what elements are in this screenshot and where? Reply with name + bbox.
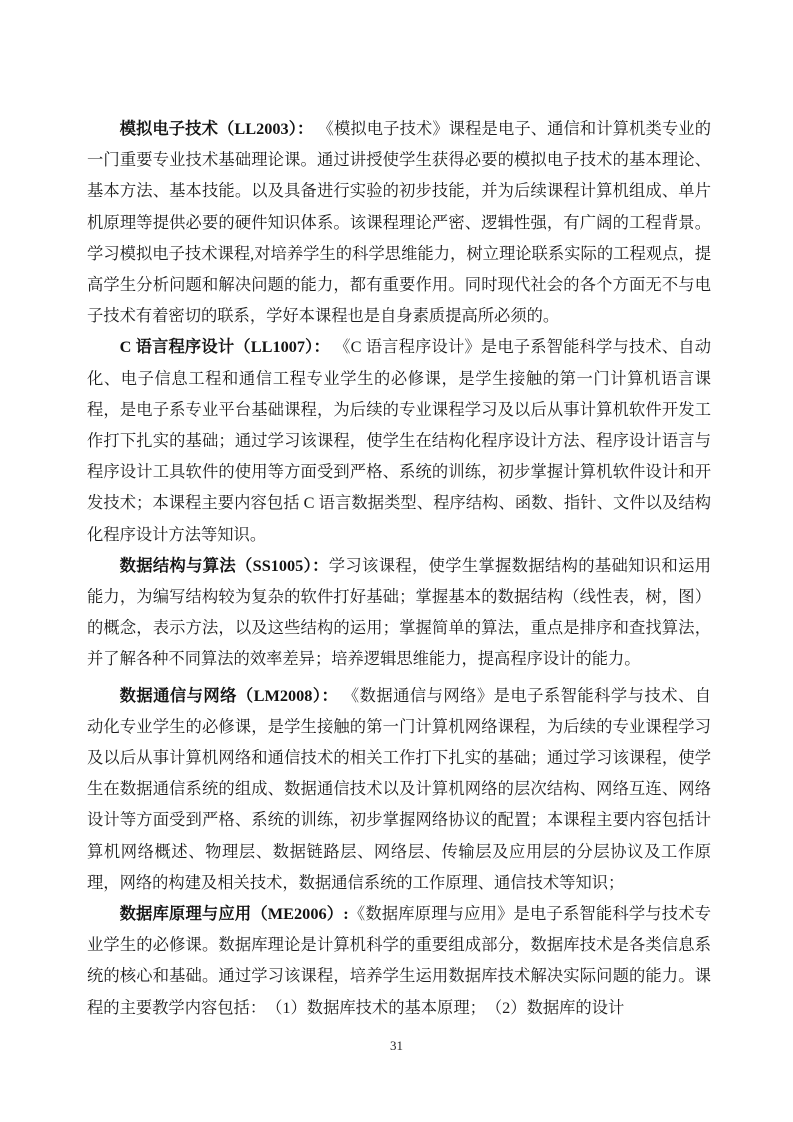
paragraph-database-principles: 数据库原理与应用（ME2006）:《数据库原理与应用》是电子系智能科学与技术专业…: [87, 898, 711, 1023]
course-description-c-programming: 《C 语言程序设计》是电子系智能科学与技术、自动化、电子信息工程和通信工程专业学…: [87, 337, 711, 543]
course-title-database-principles: 数据库原理与应用（ME2006）:: [120, 904, 349, 923]
paragraph-data-structures: 数据结构与算法（SS1005）：学习该课程，使学生掌握数据结构的基础知识和运用能…: [87, 550, 711, 675]
page-number: 31: [0, 1038, 793, 1054]
course-title-data-communication: 数据通信与网络（LM2008）：: [120, 686, 343, 705]
course-description-analog-electronics: 《模拟电子技术》课程是电子、通信和计算机类专业的一门重要专业技术基础理论课。通过…: [87, 119, 711, 325]
document-page: 模拟电子技术（LL2003）： 《模拟电子技术》课程是电子、通信和计算机类专业的…: [0, 0, 793, 1122]
paragraph-c-programming: C 语言程序设计（LL1007）： 《C 语言程序设计》是电子系智能科学与技术、…: [87, 331, 711, 549]
course-descriptions-section: 模拟电子技术（LL2003）： 《模拟电子技术》课程是电子、通信和计算机类专业的…: [87, 113, 711, 1023]
course-title-analog-electronics: 模拟电子技术（LL2003）：: [120, 119, 318, 138]
paragraph-data-communication: 数据通信与网络（LM2008）： 《数据通信与网络》是电子系智能科学与技术、自动…: [87, 680, 711, 898]
paragraph-analog-electronics: 模拟电子技术（LL2003）： 《模拟电子技术》课程是电子、通信和计算机类专业的…: [87, 113, 711, 331]
course-title-data-structures: 数据结构与算法（SS1005）：: [120, 556, 329, 575]
course-description-data-communication: 《数据通信与网络》是电子系智能科学与技术、自动化专业学生的必修课，是学生接触的第…: [87, 686, 711, 892]
course-title-c-programming: C 语言程序设计（LL1007）：: [120, 337, 335, 356]
